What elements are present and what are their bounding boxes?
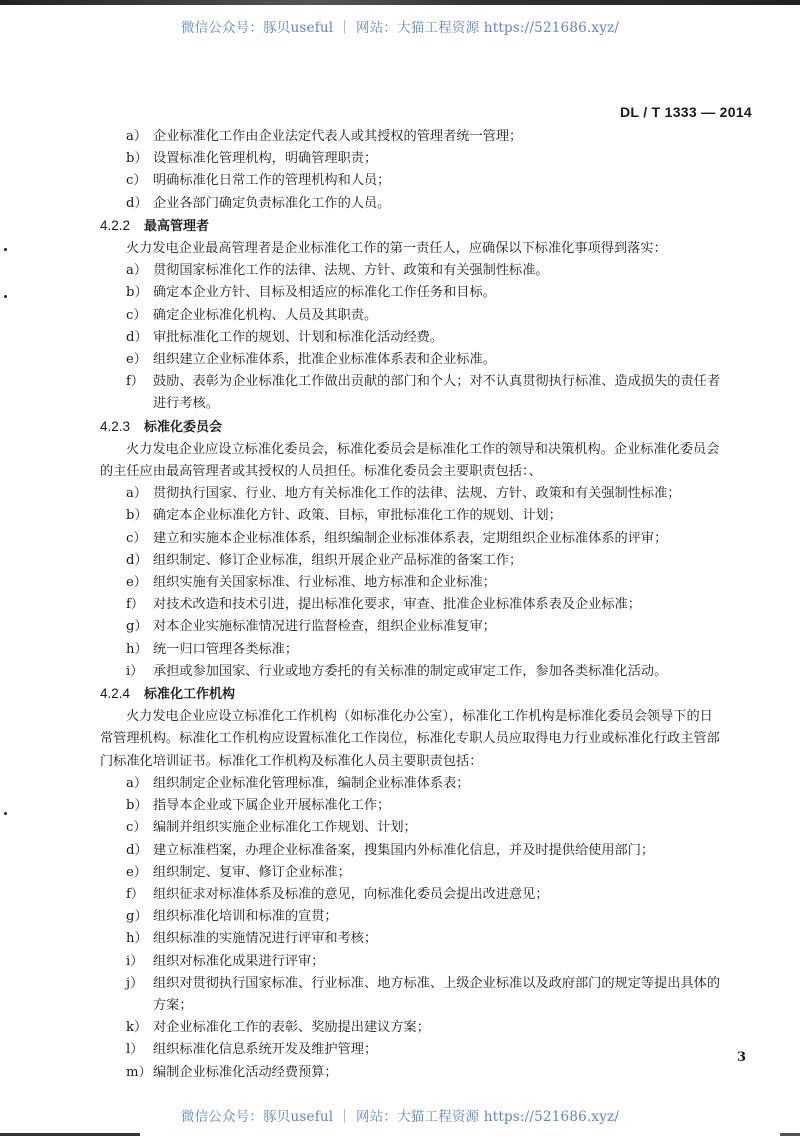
item-label: a） [126,483,153,505]
intro-list: a）企业标准化工作由企业法定代表人或其授权的管理者统一管理； b）设置标准化管理… [100,126,730,215]
list-item: g）组织标准化培训和标准的宣贯； [100,906,730,928]
list-item: a）贯彻执行国家、行业、地方有关标准化工作的法律、法规、方针、政策和有关强制性标… [100,483,730,505]
list-item: i）承担或参加国家、行业或地方委托的有关标准的制定或审定工作，参加各类标准化活动… [100,661,730,683]
standard-code: DL / T 1333 — 2014 [620,104,752,120]
item-label: d） [126,550,153,572]
section-paragraph: 火力发电企业应设立标准化工作机构（如标准化办公室），标准化工作机构是标准化委员会… [100,706,725,773]
item-label: d） [126,840,153,862]
section-number: 4.2.2 [100,215,144,237]
item-label: k） [126,1017,153,1039]
item-text: 确定本企业方针、目标及相适应的标准化工作任务和目标。 [153,282,728,304]
item-label: c） [126,817,153,839]
item-text: 编制并组织实施企业标准化工作规划、计划； [153,817,728,839]
item-text: 设置标准化管理机构，明确管理职责； [153,148,728,170]
list-item: c）确定企业标准化机构、人员及其职责。 [100,305,730,327]
watermark-top: 微信公众号：豚贝useful ｜ 网站：大猫工程资源 https://52168… [0,16,800,36]
item-label: i） [126,951,153,973]
item-text: 组织实施有关国家标准、行业标准、地方标准和企业标准； [153,572,728,594]
item-label: a） [126,126,153,148]
list-item: b）确定本企业标准化方针、政策、目标，审批标准化工作的规划、计划； [100,505,730,527]
item-label: e） [126,349,153,371]
list-item: l）组织标准化信息系统开发及维护管理； [100,1039,730,1061]
section-number: 4.2.3 [100,416,144,438]
list-item: f）组织征求对标准体系及标准的意见，向标准化委员会提出改进意见； [100,884,730,906]
page-number: 3 [737,1050,746,1065]
item-text: 审批标准化工作的规划、计划和标准化活动经费。 [153,327,728,349]
list-item: d）审批标准化工作的规划、计划和标准化活动经费。 [100,327,730,349]
item-text: 组织制定、修订企业标准，组织开展企业产品标准的备案工作； [153,550,728,572]
list-item: a）贯彻国家标准化工作的法律、法规、方针、政策和有关强制性标准。 [100,260,730,282]
list-item: d）建立标准档案，办理企业标准备案，搜集国内外标准化信息，并及时提供给使用部门； [100,840,730,862]
item-text: 组织标准化信息系统开发及维护管理； [153,1039,728,1061]
item-text: 组织制定企业标准化管理标准，编制企业标准体系表； [153,773,728,795]
item-text: 编制企业标准化活动经费预算； [153,1062,728,1084]
item-text: 指导本企业或下属企业开展标准化工作； [153,795,728,817]
item-text: 企业标准化工作由企业法定代表人或其授权的管理者统一管理； [153,126,728,148]
item-text: 建立和实施本企业标准体系，组织编制企业标准体系表，定期组织企业标准体系的评审； [153,528,728,550]
list-item: b）设置标准化管理机构，明确管理职责； [100,148,730,170]
watermark-bottom: 微信公众号：豚贝useful ｜ 网站：大猫工程资源 https://52168… [0,1105,800,1125]
item-label: g） [126,906,153,928]
item-label: e） [126,862,153,884]
item-text: 确定企业标准化机构、人员及其职责。 [153,305,728,327]
item-label: f） [126,594,153,616]
section-heading-4-2-2: 4.2.2最高管理者 [100,215,730,238]
list-item: f）鼓励、表彰为企业标准化工作做出贡献的部门和个人；对不认真贯彻执行标准、造成损… [100,371,730,415]
list-item: h）组织标准的实施情况进行评审和考核； [100,928,730,950]
item-label: c） [126,305,153,327]
item-label: i） [126,661,153,683]
item-label: e） [126,572,153,594]
list-item: b）指导本企业或下属企业开展标准化工作； [100,795,730,817]
item-text: 对技术改造和技术引进，提出标准化要求，审查、批准企业标准体系表及企业标准； [153,594,728,616]
margin-dot [4,812,7,815]
item-text: 明确标准化日常工作的管理机构和人员； [153,170,728,192]
item-text: 贯彻国家标准化工作的法律、法规、方针、政策和有关强制性标准。 [153,260,728,282]
item-label: f） [126,884,153,906]
item-label: m） [126,1062,153,1084]
list-item: e）组织实施有关国家标准、行业标准、地方标准和企业标准； [100,572,730,594]
item-label: f） [126,371,153,415]
item-label: b） [126,148,153,170]
item-label: j） [126,973,153,1017]
list-item: f）对技术改造和技术引进，提出标准化要求，审查、批准企业标准体系表及企业标准； [100,594,730,616]
scan-top-edge [0,0,800,5]
list-item: e）组织建立企业标准体系，批准企业标准体系表和企业标准。 [100,349,730,371]
list-item: e）组织制定、复审、修订企业标准； [100,862,730,884]
list-item: a）企业标准化工作由企业法定代表人或其授权的管理者统一管理； [100,126,730,148]
item-text: 统一归口管理各类标准； [153,639,728,661]
item-label: b） [126,505,153,527]
item-label: d） [126,327,153,349]
margin-dot [4,295,7,298]
item-label: a） [126,260,153,282]
item-text: 建立标准档案，办理企业标准备案，搜集国内外标准化信息，并及时提供给使用部门； [153,840,728,862]
item-text: 组织制定、复审、修订企业标准； [153,862,728,884]
list-item: k）对企业标准化工作的表彰、奖励提出建议方案； [100,1017,730,1039]
item-text: 承担或参加国家、行业或地方委托的有关标准的制定或审定工作，参加各类标准化活动。 [153,661,728,683]
item-text: 对企业标准化工作的表彰、奖励提出建议方案； [153,1017,728,1039]
section-title: 标准化工作机构 [144,687,235,702]
section-number: 4.2.4 [100,683,144,705]
item-text: 组织对标准化成果进行评审； [153,951,728,973]
section-title: 最高管理者 [144,219,209,234]
item-label: g） [126,616,153,638]
document-body: a）企业标准化工作由企业法定代表人或其授权的管理者统一管理； b）设置标准化管理… [100,126,730,1084]
item-text: 组织标准的实施情况进行评审和考核； [153,928,728,950]
item-text: 组织征求对标准体系及标准的意见，向标准化委员会提出改进意见； [153,884,728,906]
item-label: c） [126,528,153,550]
list-item: a）组织制定企业标准化管理标准，编制企业标准体系表； [100,773,730,795]
section-heading-4-2-3: 4.2.3标准化委员会 [100,416,730,439]
list-item: m）编制企业标准化活动经费预算； [100,1062,730,1084]
item-label: h） [126,928,153,950]
section-heading-4-2-4: 4.2.4标准化工作机构 [100,683,730,706]
item-text: 鼓励、表彰为企业标准化工作做出贡献的部门和个人；对不认真贯彻执行标准、造成损失的… [153,371,728,415]
section-title: 标准化委员会 [144,420,222,435]
item-text: 组织建立企业标准体系，批准企业标准体系表和企业标准。 [153,349,728,371]
item-text: 确定本企业标准化方针、政策、目标，审批标准化工作的规划、计划； [153,505,728,527]
item-text: 对本企业实施标准情况进行监督检查，组织企业标准复审； [153,616,728,638]
item-text: 组织对贯彻执行国家标准、行业标准、地方标准、上级企业标准以及政府部门的规定等提出… [153,973,728,1017]
list-item: c）编制并组织实施企业标准化工作规划、计划； [100,817,730,839]
list-item: d）组织制定、修订企业标准，组织开展企业产品标准的备案工作； [100,550,730,572]
list-item: d）企业各部门确定负责标准化工作的人员。 [100,193,730,215]
item-label: l） [126,1039,153,1061]
section-paragraph: 火力发电企业最高管理者是企业标准化工作的第一责任人，应确保以下标准化事项得到落实… [100,238,725,260]
list-item: i）组织对标准化成果进行评审； [100,951,730,973]
item-label: h） [126,639,153,661]
item-label: b） [126,795,153,817]
list-item: b）确定本企业方针、目标及相适应的标准化工作任务和目标。 [100,282,730,304]
list-item: h）统一归口管理各类标准； [100,639,730,661]
item-text: 组织标准化培训和标准的宣贯； [153,906,728,928]
item-label: b） [126,282,153,304]
list-item: c）明确标准化日常工作的管理机构和人员； [100,170,730,192]
item-text: 企业各部门确定负责标准化工作的人员。 [153,193,728,215]
item-label: c） [126,170,153,192]
list-item: j）组织对贯彻执行国家标准、行业标准、地方标准、上级企业标准以及政府部门的规定等… [100,973,730,1017]
list-item: g）对本企业实施标准情况进行监督检查，组织企业标准复审； [100,616,730,638]
margin-dot [4,248,7,251]
section-paragraph: 火力发电企业应设立标准化委员会，标准化委员会是标准化工作的领导和决策机构。企业标… [100,439,725,483]
item-label: a） [126,773,153,795]
list-item: c）建立和实施本企业标准体系，组织编制企业标准体系表，定期组织企业标准体系的评审… [100,528,730,550]
item-label: d） [126,193,153,215]
item-text: 贯彻执行国家、行业、地方有关标准化工作的法律、法规、方针、政策和有关强制性标准； [153,483,728,505]
